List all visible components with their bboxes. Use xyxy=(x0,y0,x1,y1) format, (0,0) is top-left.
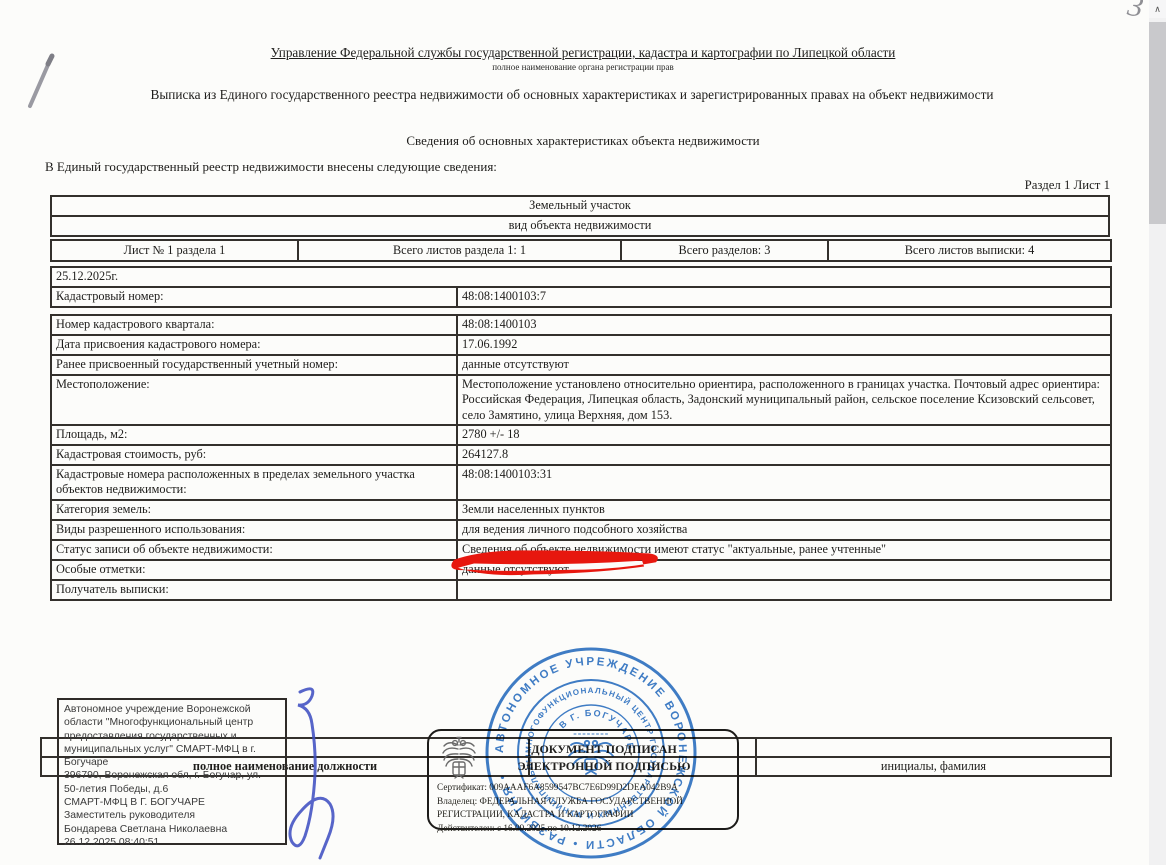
attr-value: 2780 +/- 18 xyxy=(457,425,1111,445)
attr-label: Кадастровый номер: xyxy=(51,287,457,307)
rosreestr-eagle-icon xyxy=(437,736,481,780)
table-row: Площадь, м2:2780 +/- 18 xyxy=(51,425,1111,445)
authority-caption: полное наименование органа регистрации п… xyxy=(40,62,1126,72)
scanned-document-page: 3 Управление Федеральной службы государс… xyxy=(0,0,1166,865)
attr-value: 264127.8 xyxy=(457,445,1111,465)
attr-label: Номер кадастрового квартала: xyxy=(51,315,457,335)
stamp-eagle-icon xyxy=(569,734,613,774)
attr-label: Площадь, м2: xyxy=(51,425,457,445)
intro-line: В Единый государственный реестр недвижим… xyxy=(45,159,497,175)
sheet-number-cell: Лист № 1 раздела 1 xyxy=(51,240,298,261)
sections-total-cell: Всего разделов: 3 xyxy=(621,240,828,261)
attr-label: Кадастровые номера расположенных в преде… xyxy=(51,465,457,500)
handwritten-page-number: 3 xyxy=(1125,0,1146,25)
object-kind: Земельный участок xyxy=(51,196,1109,216)
attr-value: 48:08:1400103:31 xyxy=(457,465,1111,500)
attr-value: 17.06.1992 xyxy=(457,335,1111,355)
mfc-line: Бондарева Светлана Николаевна xyxy=(64,823,280,836)
attr-value: для ведения личного подсобного хозяйства xyxy=(457,520,1111,540)
table-row: Местоположение:Местоположение установлен… xyxy=(51,375,1111,425)
sheets-table: Лист № 1 раздела 1 Всего листов раздела … xyxy=(50,239,1112,262)
section-heading: Сведения об основных характеристиках объ… xyxy=(40,133,1126,149)
table-row: Номер кадастрового квартала:48:08:140010… xyxy=(51,315,1111,335)
mfc-line: СМАРТ-МФЦ В Г. БОГУЧАРЕ xyxy=(64,796,280,809)
object-kind-table: Земельный участок вид объекта недвижимос… xyxy=(50,195,1110,237)
attr-label: Категория земель: xyxy=(51,500,457,520)
mfc-signer-box: Автономное учреждение Воронежской област… xyxy=(57,698,287,845)
attr-label: Дата присвоения кадастрового номера: xyxy=(51,335,457,355)
mfc-line: 396790, Воронежская обл, г. Богучар, ул. xyxy=(64,769,280,782)
attr-label: Статус записи об объекте недвижимости: xyxy=(51,540,457,560)
mfc-timestamp: 26.12.2025 08:40:51 xyxy=(64,836,280,849)
attr-value: Земли населенных пунктов xyxy=(457,500,1111,520)
attr-label: Получатель выписки: xyxy=(51,580,457,600)
document-title: Выписка из Единого государственного реес… xyxy=(42,87,1102,103)
attr-label: Местоположение: xyxy=(51,375,457,425)
scrollbar-up-button[interactable]: ∧ xyxy=(1149,0,1166,18)
attr-value: 48:08:1400103 xyxy=(457,315,1111,335)
attr-label: Виды разрешенного использования: xyxy=(51,520,457,540)
attr-value: 48:08:1400103:7 xyxy=(457,287,1111,307)
table-row: Категория земель:Земли населенных пункто… xyxy=(51,500,1111,520)
table-row: Кадастровая стоимость, руб:264127.8 xyxy=(51,445,1111,465)
table-row: Дата присвоения кадастрового номера:17.0… xyxy=(51,335,1111,355)
table-row: Виды разрешенного использования:для веде… xyxy=(51,520,1111,540)
table-row: Ранее присвоенный государственный учетны… xyxy=(51,355,1111,375)
mfc-line: Заместитель руководителя xyxy=(64,809,280,822)
attr-value: Местоположение установлено относительно … xyxy=(457,375,1111,425)
mfc-line: Автономное учреждение Воронежской xyxy=(64,703,280,716)
mfc-line: предоставления государственных и xyxy=(64,730,280,743)
object-kind-caption: вид объекта недвижимости xyxy=(51,216,1109,236)
authority-name: Управление Федеральной службы государств… xyxy=(40,45,1126,61)
sheets-in-section-cell: Всего листов раздела 1: 1 xyxy=(298,240,621,261)
handwritten-signature xyxy=(258,682,358,862)
mfc-line: муниципальных услуг" СМАРТ-МФЦ в г. xyxy=(64,743,280,756)
table-row: Кадастровые номера расположенных в преде… xyxy=(51,465,1111,500)
redaction-marker xyxy=(444,544,674,588)
stamp-outer-ring-text: АВТОНОМНОЕ УЧРЕЖДЕНИЕ ВОРОНЕЖСКОЙ ОБЛАСТ… xyxy=(494,656,688,850)
date-cadastral-table: 25.12.2025г. Кадастровый номер: 48:08:14… xyxy=(50,266,1112,308)
mfc-line: 50-летия Победы, д.6 xyxy=(64,783,280,796)
sheets-total-cell: Всего листов выписки: 4 xyxy=(828,240,1111,261)
svg-text:АВТОНОМНОЕ УЧРЕЖДЕНИЕ ВОРОНЕЖС: АВТОНОМНОЕ УЧРЕЖДЕНИЕ ВОРОНЕЖСКОЙ ОБЛАСТ… xyxy=(494,656,688,850)
attr-value: данные отсутствуют xyxy=(457,355,1111,375)
scrollbar-thumb[interactable] xyxy=(1149,22,1166,224)
attr-label: Ранее присвоенный государственный учетны… xyxy=(51,355,457,375)
attr-label: Кадастровая стоимость, руб: xyxy=(51,445,457,465)
initials-caption: инициалы, фамилия xyxy=(756,757,1111,776)
chevron-up-icon: ∧ xyxy=(1154,4,1161,14)
extract-date: 25.12.2025г. xyxy=(51,267,1111,287)
attr-label: Особые отметки: xyxy=(51,560,457,580)
section-page-label: Раздел 1 Лист 1 xyxy=(40,178,1110,193)
mfc-line: области "Многофункциональный центр xyxy=(64,716,280,729)
round-blue-stamp: АВТОНОМНОЕ УЧРЕЖДЕНИЕ ВОРОНЕЖСКОЙ ОБЛАСТ… xyxy=(482,644,700,862)
mfc-line: Богучаре xyxy=(64,756,280,769)
